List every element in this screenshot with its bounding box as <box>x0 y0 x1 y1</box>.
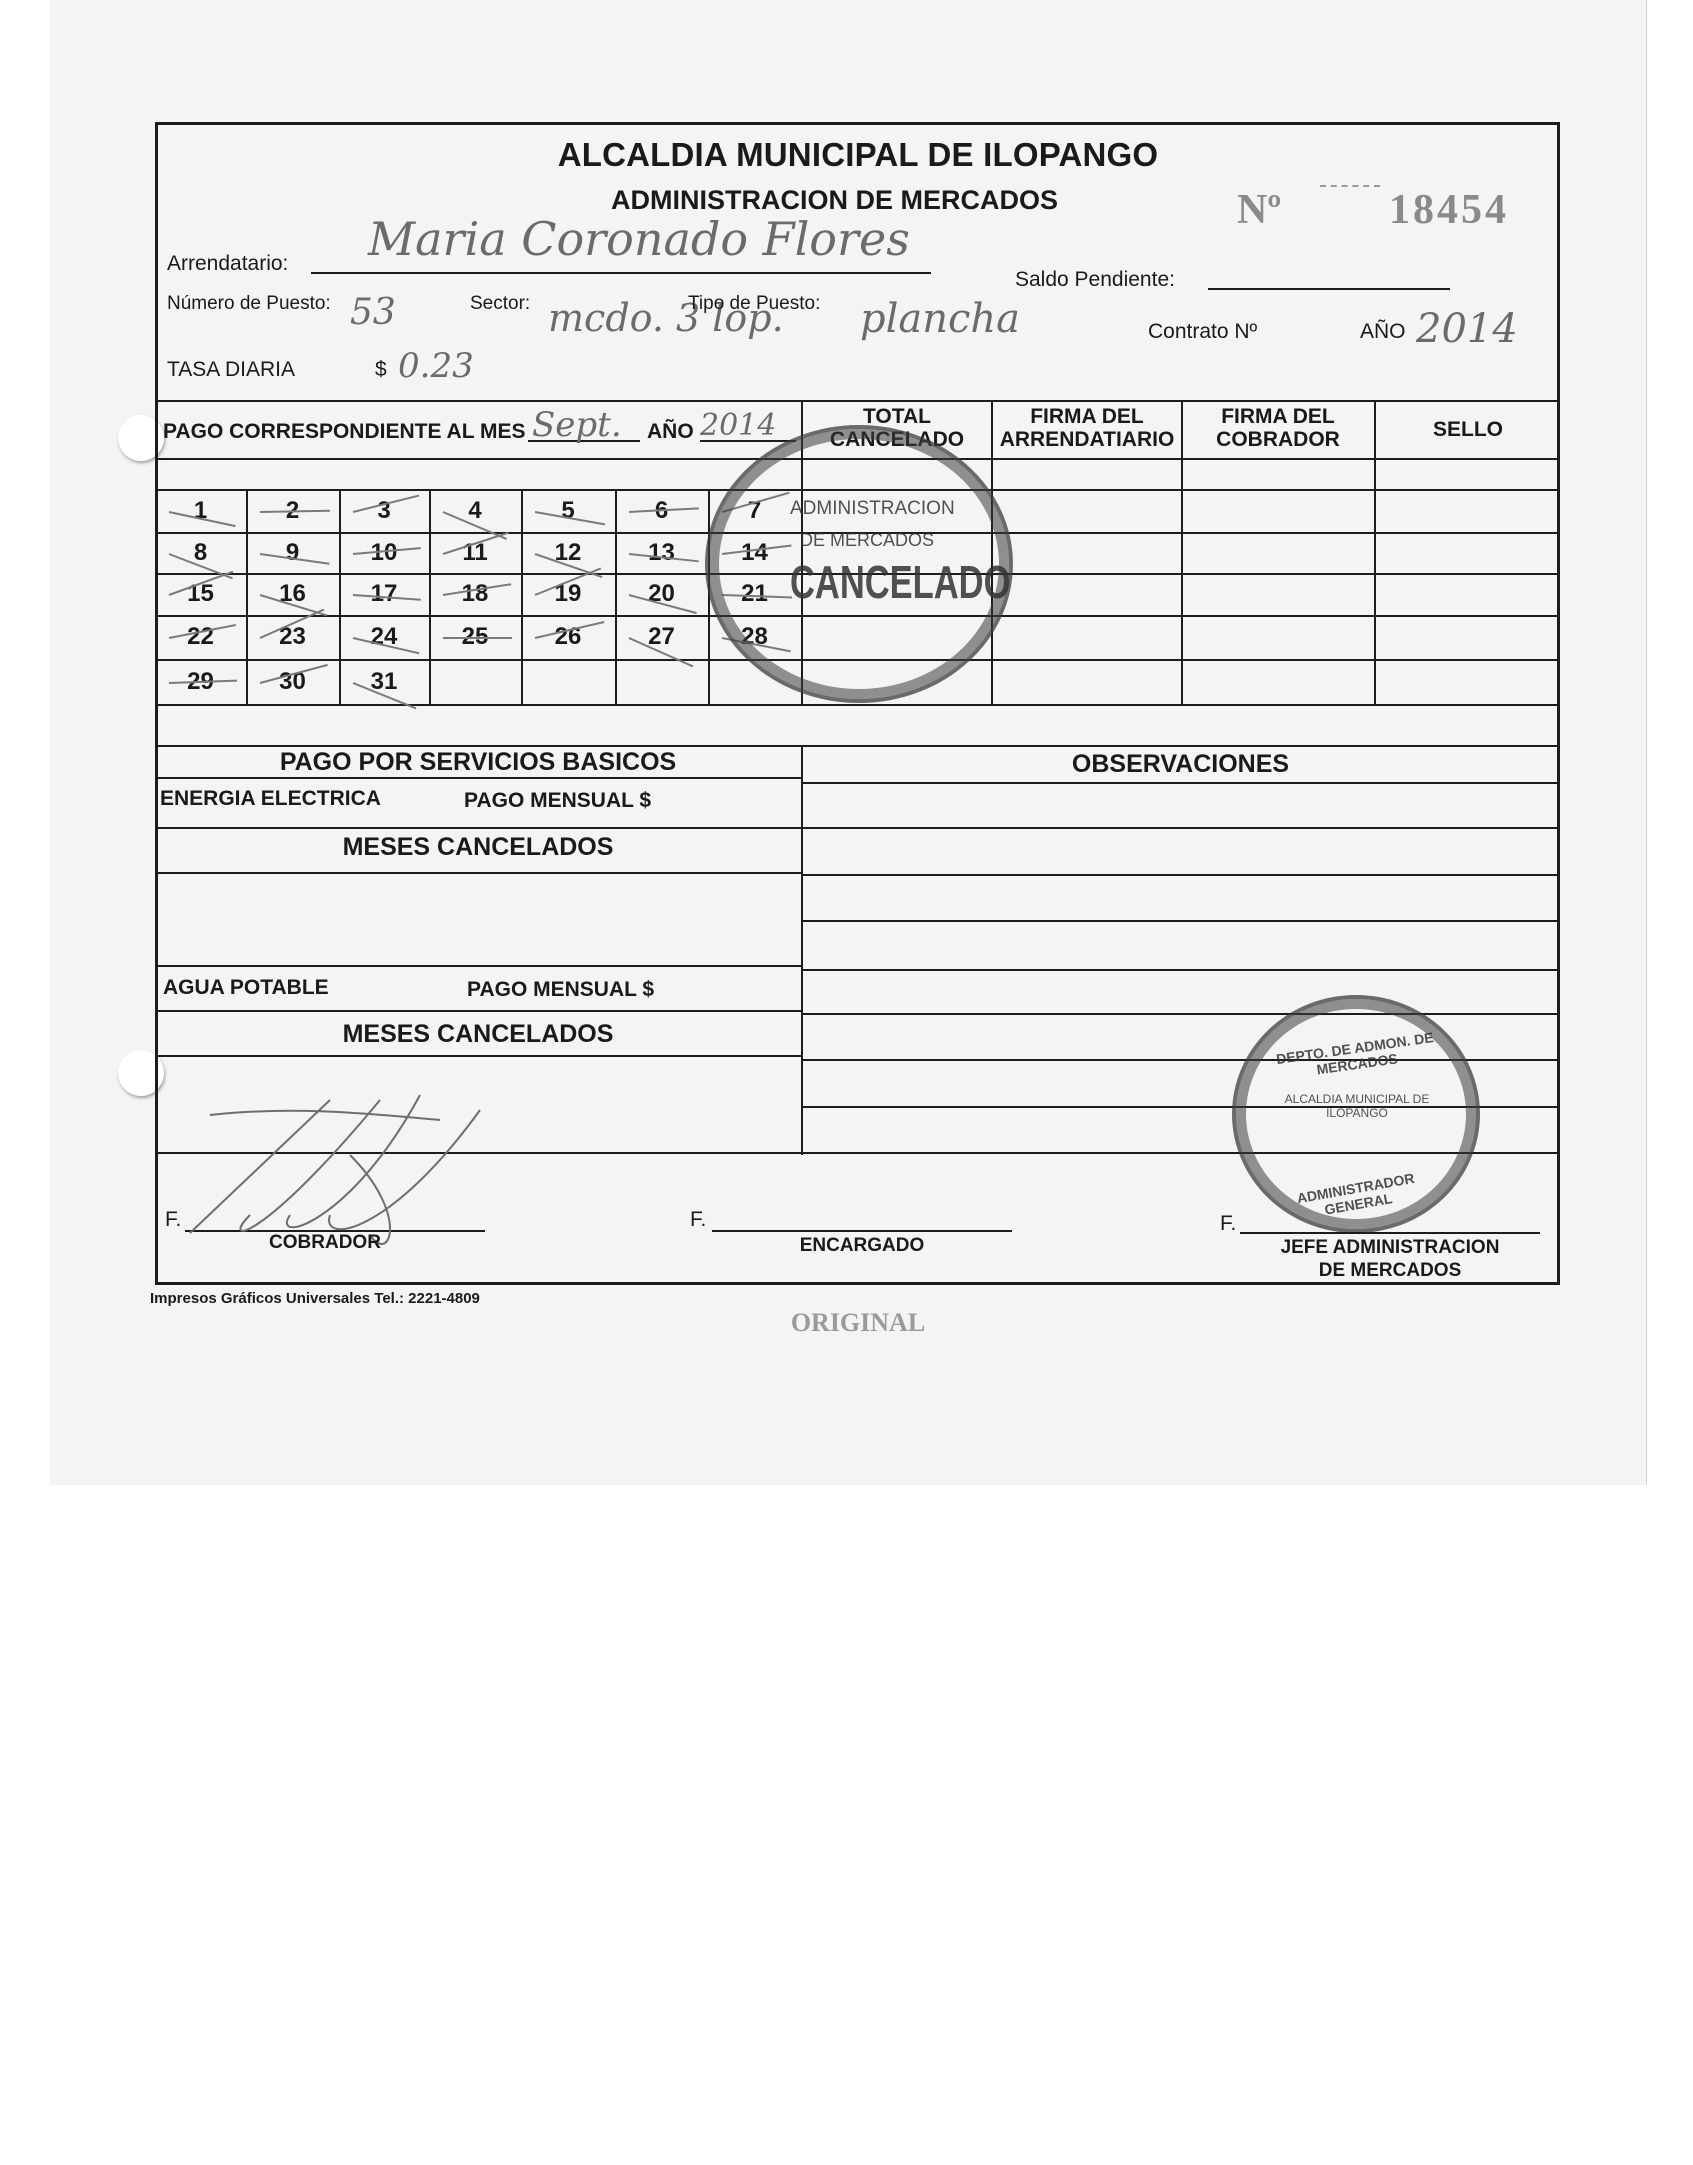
col-header-firma-arrendatario: FIRMA DEL ARRENDATIARIO <box>993 405 1181 451</box>
col-header-sello: SELLO <box>1376 418 1560 441</box>
services-line-2 <box>155 827 801 829</box>
day-paid-mark <box>535 511 605 525</box>
day-cell[interactable]: 4 <box>429 489 521 532</box>
day-paid-mark <box>629 507 699 513</box>
obs-line-1 <box>801 782 1560 784</box>
cancelado-stamp-line1: ADMINISTRACION <box>790 498 955 520</box>
day-cell[interactable]: 8 <box>155 532 246 573</box>
payment-anio-label: AÑO <box>647 420 694 443</box>
tipo-label: Tipo de Puesto: <box>688 293 820 315</box>
services-title: PAGO POR SERVICIOS BASICOS <box>155 748 801 777</box>
day-cell[interactable]: 22 <box>155 615 246 659</box>
energia-meses-label: MESES CANCELADOS <box>155 833 801 862</box>
day-cell[interactable]: 17 <box>339 573 429 615</box>
day-cell[interactable]: 16 <box>246 573 339 615</box>
day-paid-mark <box>352 494 418 512</box>
copy-label: ORIGINAL <box>0 1308 1693 1338</box>
day-cell[interactable]: 30 <box>246 659 339 704</box>
payment-anio-value[interactable]: 2014 <box>700 408 776 443</box>
services-line-1 <box>155 777 801 779</box>
energia-label: ENERGIA ELECTRICA <box>160 787 381 811</box>
day-cell[interactable]: 3 <box>339 489 429 532</box>
cobrador-signature <box>180 1085 490 1255</box>
obs-line-3 <box>801 874 1560 876</box>
payment-header-top <box>155 400 1560 402</box>
energia-pago-label: PAGO MENSUAL $ <box>464 789 651 813</box>
tasa-value[interactable]: 0.23 <box>398 346 474 386</box>
saldo-line[interactable] <box>1208 288 1450 290</box>
folio-label: Nº <box>1237 186 1281 234</box>
day-paid-mark <box>260 553 329 565</box>
agua-pago-label: PAGO MENSUAL $ <box>467 978 654 1002</box>
obs-line-2 <box>801 827 1560 829</box>
obs-line-5 <box>801 969 1560 971</box>
jefe-prefix: F. <box>1220 1212 1236 1236</box>
day-paid-mark <box>629 594 697 614</box>
printer-credit: Impresos Gráficos Universales Tel.: 2221… <box>150 1290 480 1307</box>
anio-value[interactable]: 2014 <box>1416 306 1518 352</box>
obs-line-6 <box>801 1013 1560 1015</box>
admin-stamp-inner: ALCALDIA MUNICIPAL DE ILOPANGO <box>1262 1092 1452 1120</box>
services-line-6 <box>155 1055 801 1057</box>
day-paid-mark <box>260 663 328 683</box>
services-line-3 <box>155 872 801 874</box>
day-paid-mark <box>352 594 419 601</box>
grid-row-line <box>155 704 1560 706</box>
tasa-currency: $ <box>375 358 387 382</box>
day-cell[interactable]: 11 <box>429 532 521 573</box>
day-paid-mark <box>260 509 330 512</box>
services-line-4 <box>155 965 801 967</box>
encargado-prefix: F. <box>690 1208 706 1232</box>
day-paid-mark <box>169 679 237 683</box>
agua-meses-label: MESES CANCELADOS <box>155 1020 801 1049</box>
contrato-label: Contrato Nº <box>1148 320 1257 344</box>
cancelado-stamp-line2: DE MERCADOS <box>800 530 934 551</box>
day-cell[interactable]: 6 <box>615 489 708 532</box>
day-cell[interactable]: 23 <box>246 615 339 659</box>
jefe-label-1: JEFE ADMINISTRACION <box>1240 1237 1540 1259</box>
cobrador-label: COBRADOR <box>215 1232 435 1254</box>
mes-label: PAGO CORRESPONDIENTE AL MES <box>163 420 526 443</box>
encargado-label: ENCARGADO <box>712 1235 1012 1257</box>
col-header-firma-cobrador: FIRMA DEL COBRADOR <box>1183 405 1373 451</box>
tasa-label: TASA DIARIA <box>167 358 295 382</box>
day-cell[interactable]: 5 <box>521 489 615 532</box>
agua-label: AGUA POTABLE <box>163 976 329 1000</box>
day-paid-mark <box>535 621 604 639</box>
day-paid-mark <box>168 511 235 527</box>
jefe-label-2: DE MERCADOS <box>1240 1260 1540 1282</box>
day-cell[interactable]: 18 <box>429 573 521 615</box>
day-cell[interactable]: 9 <box>246 532 339 573</box>
obs-line-4 <box>801 920 1560 922</box>
day-cell[interactable]: 31 <box>339 659 429 704</box>
day-paid-mark <box>352 637 418 654</box>
services-line-5 <box>155 1010 801 1012</box>
jefe-line[interactable] <box>1240 1232 1540 1234</box>
day-cell[interactable]: 1 <box>155 489 246 532</box>
puesto-label: Número de Puesto: <box>167 293 331 315</box>
day-cell[interactable]: 27 <box>615 615 708 659</box>
day-paid-mark <box>352 547 419 555</box>
anio-label: AÑO <box>1360 320 1406 344</box>
arrendatario-line <box>311 272 931 274</box>
observaciones-title: OBSERVACIONES <box>801 750 1560 779</box>
services-top <box>155 745 1560 747</box>
day-cell[interactable]: 19 <box>521 573 615 615</box>
encargado-line[interactable] <box>712 1230 1012 1232</box>
day-cell[interactable]: 24 <box>339 615 429 659</box>
day-paid-mark <box>629 553 699 562</box>
day-cell[interactable]: 13 <box>615 532 708 573</box>
arrendatario-label: Arrendatario: <box>167 252 288 276</box>
day-paid-mark <box>443 637 512 639</box>
folio-dashes <box>1320 185 1380 187</box>
mes-value[interactable]: Sept. <box>532 405 622 445</box>
day-cell[interactable]: 2 <box>246 489 339 532</box>
saldo-label: Saldo Pendiente: <box>1015 268 1175 292</box>
arrendatario-value[interactable]: Maria Coronado Flores <box>368 212 910 266</box>
day-cell[interactable]: 26 <box>521 615 615 659</box>
sector-label: Sector: <box>470 293 530 315</box>
day-cell[interactable]: 29 <box>155 659 246 704</box>
day-paid-mark <box>442 531 508 554</box>
document-title: ALCALDIA MUNICIPAL DE ILOPANGO <box>0 136 1693 174</box>
day-cell[interactable]: 15 <box>155 573 246 615</box>
day-cell[interactable]: 10 <box>339 532 429 573</box>
day-paid-mark <box>443 583 511 596</box>
folio-number: 18454 <box>1389 186 1509 234</box>
day-cell[interactable]: 12 <box>521 532 615 573</box>
day-cell[interactable]: 25 <box>429 615 521 659</box>
day-cell[interactable]: 20 <box>615 573 708 615</box>
cancelado-stamp-status: CANCELADO <box>790 555 1010 609</box>
services-divider <box>801 745 803 1155</box>
puesto-value[interactable]: 53 <box>350 292 396 333</box>
day-paid-mark <box>168 624 235 639</box>
cobrador-prefix: F. <box>165 1208 181 1232</box>
tipo-value[interactable]: plancha <box>860 296 1020 342</box>
day-paid-mark <box>168 571 233 596</box>
